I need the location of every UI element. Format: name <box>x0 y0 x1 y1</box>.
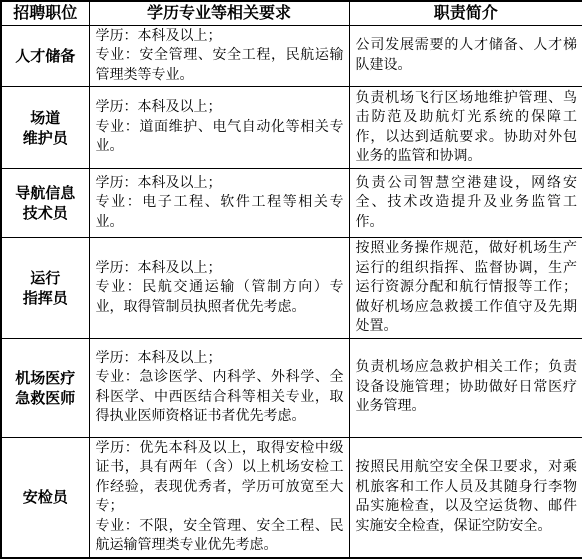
requirements-cell: 学历：本科及以上；专业：电子工程、软件工程等相关专业。 <box>89 169 349 238</box>
position-cell: 安检员 <box>1 437 89 558</box>
requirements-cell: 学历：本科及以上；专业：民航交通运输（管制方向）专业，取得管制员执照者优先考虑。 <box>89 238 349 339</box>
table-row: 场道维护员 学历：本科及以上；专业：道面维护、电气自动化等相关专业。 负责机场飞… <box>1 87 582 169</box>
requirements-cell: 学历：本科及以上；专业：安全管理、安全工程，民航运输管理类等专业。 <box>89 25 349 87</box>
header-requirements: 学历专业等相关要求 <box>89 1 349 25</box>
duties-cell: 负责机场飞行区场地维护管理、鸟击防范及助航灯光系统的保障工作，以达到适航要求。协… <box>349 87 582 169</box>
header-position: 招聘职位 <box>1 1 89 25</box>
requirements-cell: 学历：优先本科及以上，取得安检中级证书，具有两年（含）以上机场安检工作经验，表现… <box>89 437 349 558</box>
duties-cell: 负责公司智慧空港建设，网络安全、技术改造提升及业务监管工作。 <box>349 169 582 238</box>
table-header-row: 招聘职位 学历专业等相关要求 职责简介 <box>1 1 582 25</box>
position-cell: 人才储备 <box>1 25 89 87</box>
duties-cell: 公司发展需要的人才储备、人才梯队建设。 <box>349 25 582 87</box>
duties-cell: 按照业务操作规范，做好机场生产运行的组织指挥、监督协调，生产运行资源分配和航行情… <box>349 238 582 339</box>
position-cell: 运行指挥员 <box>1 238 89 339</box>
requirements-cell: 学历：本科及以上；专业：急诊医学、内科学、外科学、全科医学、中西医结合科等相关专… <box>89 338 349 437</box>
position-cell: 导航信息技术员 <box>1 169 89 238</box>
position-cell: 机场医疗急救医师 <box>1 338 89 437</box>
position-cell: 场道维护员 <box>1 87 89 169</box>
duties-cell: 负责机场应急救护相关工作；负责设备设施管理；协助做好日常医疗业务管理。 <box>349 338 582 437</box>
table-row: 导航信息技术员 学历：本科及以上；专业：电子工程、软件工程等相关专业。 负责公司… <box>1 169 582 238</box>
table-row: 运行指挥员 学历：本科及以上；专业：民航交通运输（管制方向）专业，取得管制员执照… <box>1 238 582 339</box>
table-row: 安检员 学历：优先本科及以上，取得安检中级证书，具有两年（含）以上机场安检工作经… <box>1 437 582 558</box>
requirements-cell: 学历：本科及以上；专业：道面维护、电气自动化等相关专业。 <box>89 87 349 169</box>
duties-cell: 按照民用航空安全保卫要求，对乘机旅客和工作人员及其随身行李物品实施检查，以及空运… <box>349 437 582 558</box>
table-row: 机场医疗急救医师 学历：本科及以上；专业：急诊医学、内科学、外科学、全科医学、中… <box>1 338 582 437</box>
header-duties: 职责简介 <box>349 1 582 25</box>
table-body: 人才储备 学历：本科及以上；专业：安全管理、安全工程，民航运输管理类等专业。 公… <box>1 25 582 558</box>
table-row: 人才储备 学历：本科及以上；专业：安全管理、安全工程，民航运输管理类等专业。 公… <box>1 25 582 87</box>
recruitment-table: 招聘职位 学历专业等相关要求 职责简介 人才储备 学历：本科及以上；专业：安全管… <box>0 0 582 559</box>
